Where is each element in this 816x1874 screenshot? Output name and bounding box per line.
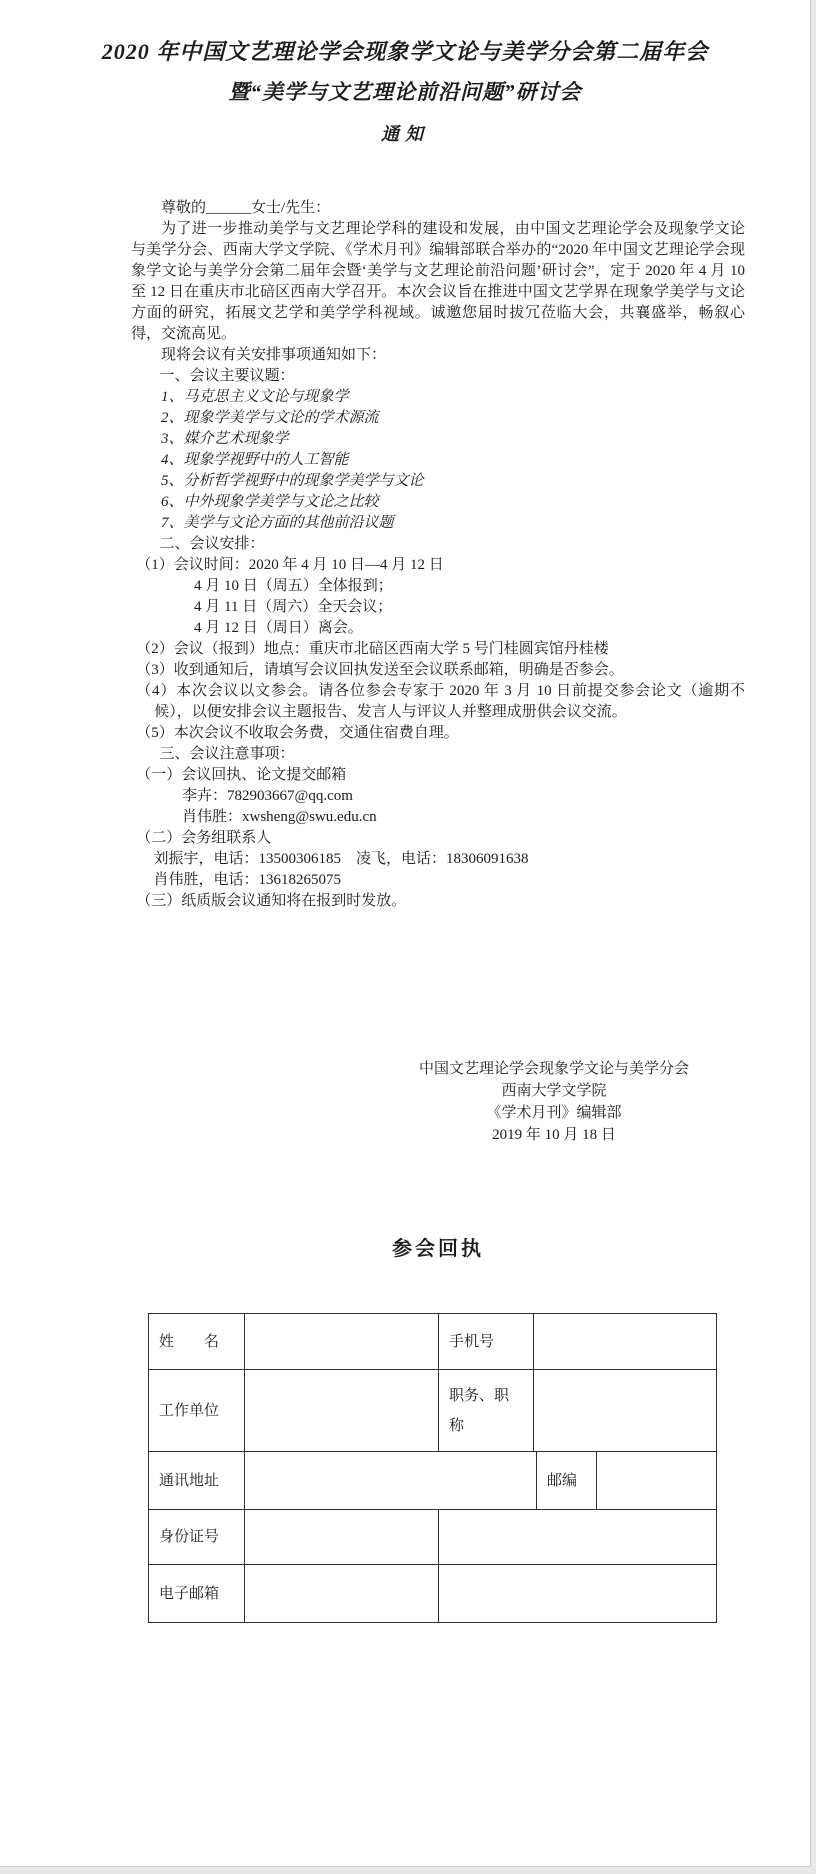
conference-title-line1: 2020 年中国文艺理论学会现象学文论与美学分会第二届年会 (0, 38, 810, 65)
signature-line: 西南大学文学院 (419, 1080, 689, 1102)
body-line: 刘振宇，电话：13500306185 凌飞，电话：18306091638 (154, 849, 746, 870)
reply-table-employer-label: 工作单位 (149, 1370, 245, 1452)
table-row: 姓 名手机号 (149, 1314, 717, 1370)
body-line: 3、媒介艺术现象学 (161, 429, 745, 450)
body-line: 4 月 12 日（周日）离会。 (194, 618, 745, 639)
title-block: 2020 年中国文艺理论学会现象学文论与美学分会第二届年会 暨“美学与文艺理论前… (0, 0, 810, 146)
document-body: 尊敬的______女士/先生：为了进一步推动美学与文艺理论学科的建设和发展，由中… (131, 198, 745, 1623)
reply-slip-table: 姓 名手机号工作单位职务、职称通讯地址邮编身份证号电子邮箱 (148, 1313, 717, 1623)
reply-table-address-label: 通讯地址 (149, 1452, 245, 1510)
body-line: 三、会议注意事项： (160, 744, 746, 765)
signature-block: 中国文艺理论学会现象学文论与美学分会西南大学文学院《学术月刊》编辑部2019 年… (419, 1058, 689, 1146)
body-line: 4、现象学视野中的人工智能 (161, 450, 745, 471)
body-line: （4）本次会议以文参会。请各位参会专家于 2020 年 3 月 10 日前提交参… (154, 681, 745, 723)
body-line: 4 月 11 日（周六）全天会议； (194, 597, 745, 618)
reply-table-postcode-label: 邮编 (537, 1452, 597, 1510)
reply-slip-heading: 参会回执 (131, 1232, 745, 1261)
body-line: 尊敬的______女士/先生： (131, 198, 745, 219)
body-line: 7、美学与文论方面的其他前沿议题 (161, 513, 745, 534)
body-line: 为了进一步推动美学与文艺理论学科的建设和发展，由中国文艺理论学会及现象学文论与美… (131, 219, 745, 345)
table-row: 电子邮箱 (149, 1565, 717, 1623)
conference-title-line2: 暨“美学与文艺理论前沿问题”研讨会 (0, 79, 810, 105)
notice-heading: 通知 (0, 122, 810, 146)
body-lines: 尊敬的______女士/先生：为了进一步推动美学与文艺理论学科的建设和发展，由中… (131, 198, 745, 912)
body-line: 肖伟胜，电话：13618265075 (154, 870, 746, 891)
body-line: 2、现象学美学与文论的学术源流 (161, 408, 745, 429)
body-line: （一）会议回执、论文提交邮箱 (136, 765, 745, 786)
reply-table-name-label: 姓 名 (149, 1314, 245, 1370)
body-line: 6、中外现象学美学与文论之比较 (161, 492, 745, 513)
reply-table-address-value[interactable] (245, 1452, 537, 1510)
reply-table-name-value[interactable] (245, 1314, 439, 1370)
body-line: （1）会议时间：2020 年 4 月 10 日—4 月 12 日 (136, 555, 745, 576)
reply-table-position-title-value[interactable] (534, 1370, 717, 1452)
body-line: 一、会议主要议题： (160, 366, 746, 387)
reply-table-id-number-value-right[interactable] (439, 1510, 717, 1565)
reply-table-id-number-label: 身份证号 (149, 1510, 245, 1565)
body-line: 1、马克思主义文论与现象学 (161, 387, 745, 408)
body-line: 肖伟胜：xwsheng@swu.edu.cn (182, 807, 745, 828)
reply-table-email-value-left[interactable] (245, 1565, 439, 1623)
table-row: 工作单位职务、职称 (149, 1370, 717, 1452)
reply-table-position-title-label: 职务、职称 (439, 1370, 534, 1452)
reply-table-mobile-value[interactable] (534, 1314, 717, 1370)
reply-table-id-number-value-left[interactable] (245, 1510, 439, 1565)
body-line: 二、会议安排： (160, 534, 746, 555)
signature-line: 中国文艺理论学会现象学文论与美学分会 (419, 1058, 689, 1080)
body-line: 李卉：782903667@qq.com (182, 786, 745, 807)
document-page: 2020 年中国文艺理论学会现象学文论与美学分会第二届年会 暨“美学与文艺理论前… (0, 0, 811, 1867)
body-line: （3）收到通知后，请填写会议回执发送至会议联系邮箱，明确是否参会。 (136, 660, 745, 681)
body-line: （二）会务组联系人 (136, 828, 745, 849)
table-row: 通讯地址邮编 (149, 1452, 717, 1510)
table-row: 身份证号 (149, 1510, 717, 1565)
body-line: 5、分析哲学视野中的现象学美学与文论 (161, 471, 745, 492)
reply-table-postcode-value[interactable] (597, 1452, 717, 1510)
reply-table-employer-value[interactable] (245, 1370, 439, 1452)
body-line: （5）本次会议不收取会务费，交通住宿费自理。 (136, 723, 745, 744)
body-line: （2）会议（报到）地点：重庆市北碚区西南大学 5 号门桂圆宾馆丹桂楼 (136, 639, 745, 660)
reply-table-email-value-right[interactable] (439, 1565, 717, 1623)
reply-table-mobile-label: 手机号 (439, 1314, 534, 1370)
body-line: 4 月 10 日（周五）全体报到； (194, 576, 745, 597)
signature-line: 《学术月刊》编辑部 (419, 1102, 689, 1124)
body-line: （三）纸质版会议通知将在报到时发放。 (136, 891, 745, 912)
signature-line: 2019 年 10 月 18 日 (419, 1124, 689, 1146)
reply-table-email-label: 电子邮箱 (149, 1565, 245, 1623)
body-line: 现将会议有关安排事项通知如下： (131, 345, 745, 366)
